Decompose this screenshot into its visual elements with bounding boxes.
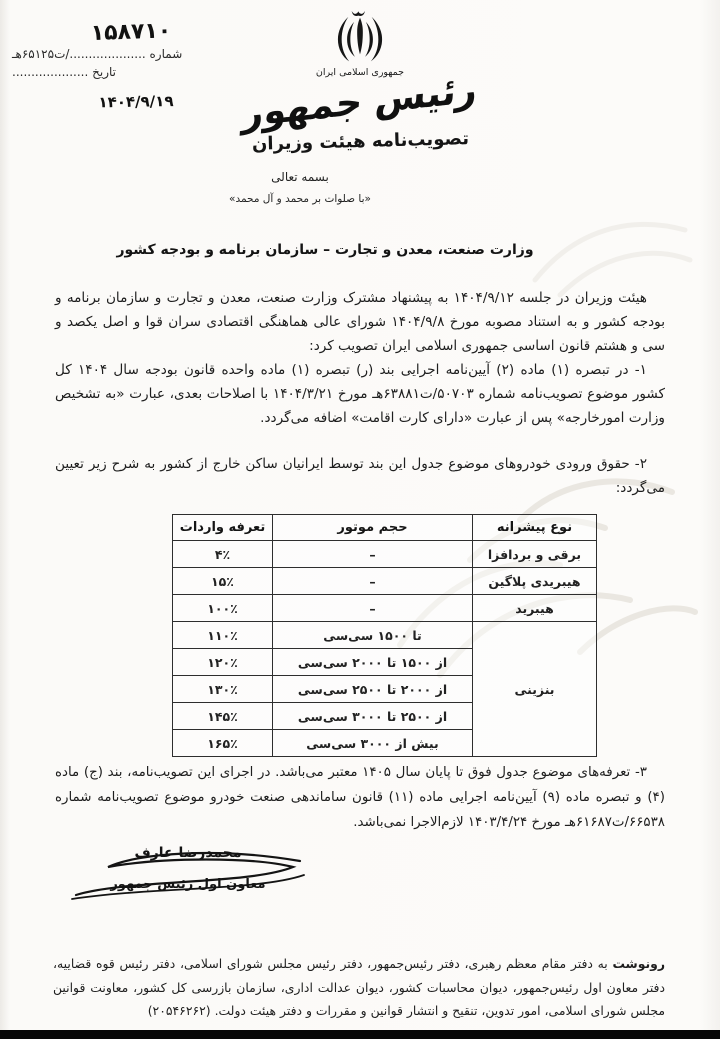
- cell-engine: –: [273, 595, 473, 622]
- header-propulsion-type: نوع پیشرانه: [473, 515, 597, 541]
- addressee-line: وزارت صنعت، معدن و تجارت – سازمان برنامه…: [0, 242, 650, 258]
- table-header-row: نوع پیشرانه حجم موتور تعرفه واردات: [173, 515, 597, 541]
- handwritten-decree-number: ۱۵۸۷۱۰: [12, 16, 233, 49]
- cell-engine: تا ۱۵۰۰ سی‌سی: [273, 622, 473, 649]
- cell-type-gasoline: بنزینی: [473, 622, 597, 757]
- clause-3-paragraph: ۳- تعرفه‌های موضوع جدول فوق تا پایان سال…: [55, 760, 665, 835]
- cell-tariff: ۱۲۰٪: [173, 649, 273, 676]
- cell-type: برقی و بردافزا: [473, 541, 597, 568]
- table-row: بنزینی تا ۱۵۰۰ سی‌سی ۱۱۰٪: [173, 622, 597, 649]
- header-import-tariff: تعرفه واردات: [173, 515, 273, 541]
- tariff-table: نوع پیشرانه حجم موتور تعرفه واردات برقی …: [172, 514, 597, 757]
- cell-tariff: ۴٪: [173, 541, 273, 568]
- besmellah-text: بسمه تعالی: [0, 170, 600, 184]
- cell-engine: از ۲۰۰۰ تا ۲۵۰۰ سی‌سی: [273, 676, 473, 703]
- date-field: تاریخ ....................: [12, 64, 232, 81]
- cell-tariff: ۱۱۰٪: [173, 622, 273, 649]
- cell-engine: از ۲۵۰۰ تا ۳۰۰۰ سی‌سی: [273, 703, 473, 730]
- signer-name: محمدرضا عارف: [68, 845, 308, 861]
- iran-emblem-icon: [333, 6, 387, 66]
- signature-block: محمدرضا عارف معاون اول رئیس جمهور: [68, 845, 308, 892]
- header-engine-volume: حجم موتور: [273, 515, 473, 541]
- cell-tariff: ۱۰۰٪: [173, 595, 273, 622]
- salawat-text: «با صلوات بر محمد و آل محمد»: [0, 193, 600, 205]
- table-row: برقی و بردافزا – ۴٪: [173, 541, 597, 568]
- document-type-title: تصویب‌نامه هیئت وزیران: [251, 128, 468, 155]
- cc-lead: رونوشت: [612, 956, 665, 971]
- cell-engine: از ۱۵۰۰ تا ۲۰۰۰ سی‌سی: [273, 649, 473, 676]
- cell-tariff: ۱۶۵٪: [173, 730, 273, 757]
- handwritten-date: ۱۴۰۴/۹/۱۹: [12, 91, 232, 113]
- number-field: شماره ..................../ت۶۵۱۲۵هـ: [12, 46, 232, 63]
- clause-2-paragraph: ۲- حقوق ورودی خودروهای موضوع جدول این بن…: [55, 452, 665, 500]
- cc-paragraph: رونوشت به دفتر مقام معظم رهبری، دفتر رئی…: [53, 952, 665, 1023]
- clause-1-paragraph: ۱- در تبصره (۱) ماده (۲) آیین‌نامه اجرای…: [55, 358, 665, 430]
- scan-edge-bar: [0, 1030, 720, 1039]
- cell-engine: –: [273, 568, 473, 595]
- cell-engine: بیش از ۳۰۰۰ سی‌سی: [273, 730, 473, 757]
- cell-tariff: ۱۵٪: [173, 568, 273, 595]
- cell-type: هیبریدی پلاگین: [473, 568, 597, 595]
- invocation-block: بسمه تعالی «با صلوات بر محمد و آل محمد»: [0, 170, 600, 205]
- table-row: هیبرید – ۱۰۰٪: [173, 595, 597, 622]
- letterhead-meta: ۱۵۸۷۱۰ شماره ..................../ت۶۵۱۲۵…: [12, 20, 232, 111]
- scanned-decree-page: جمهوری اسلامی ایران رئیس جمهور تصویب‌نام…: [0, 0, 720, 1039]
- cell-engine: –: [273, 541, 473, 568]
- cell-tariff: ۱۴۵٪: [173, 703, 273, 730]
- cell-tariff: ۱۳۰٪: [173, 676, 273, 703]
- cc-recipients: به دفتر مقام معظم رهبری، دفتر رئیس‌جمهور…: [53, 956, 665, 1018]
- cell-type: هیبرید: [473, 595, 597, 622]
- table-row: هیبریدی پلاگین – ۱۵٪: [173, 568, 597, 595]
- signer-title: معاون اول رئیس جمهور: [68, 877, 308, 892]
- intro-paragraph: هیئت وزیران در جلسه ۱۴۰۴/۹/۱۲ به پیشنهاد…: [55, 286, 665, 358]
